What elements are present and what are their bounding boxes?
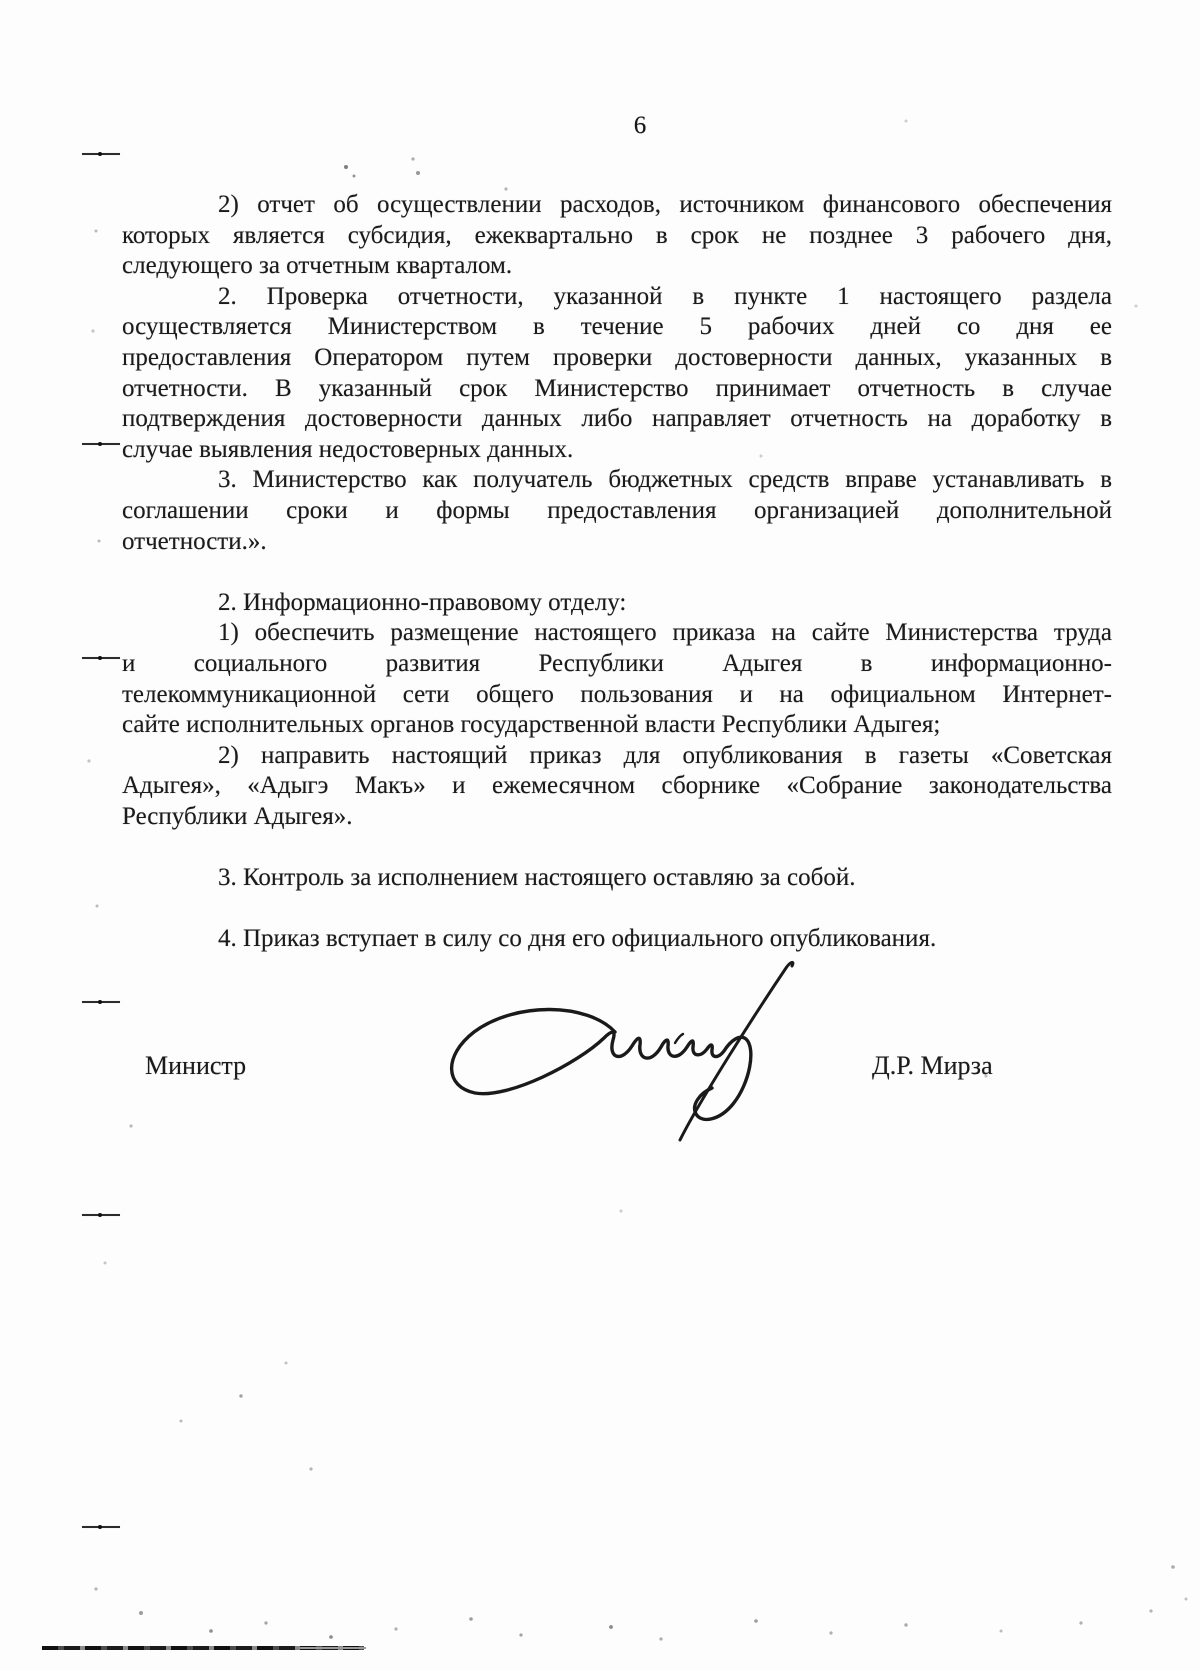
margin-dash bbox=[82, 657, 120, 659]
text-line: осуществляется Министерством в течение 5… bbox=[122, 312, 1112, 343]
text-line: 2) отчет об осуществлении расходов, исто… bbox=[122, 190, 1112, 221]
text-line: 2. Информационно-правовому отделу: bbox=[122, 588, 1112, 619]
handwritten-signature-icon bbox=[428, 935, 808, 1150]
margin-dash bbox=[82, 1001, 120, 1003]
text-line: 3. Контроль за исполнением настоящего ос… bbox=[122, 863, 1112, 894]
paragraph: 1) обеспечить размещение настоящего прик… bbox=[122, 618, 1112, 740]
paragraph: 2. Проверка отчетности, указанной в пунк… bbox=[122, 282, 1112, 466]
scan-noise-speckles bbox=[0, 0, 2, 2]
paragraph: 2) направить настоящий приказ для опубли… bbox=[122, 741, 1112, 833]
text-line: и социального развития Республики Адыгея… bbox=[122, 649, 1112, 680]
text-line: соглашении сроки и формы предоставления … bbox=[122, 496, 1112, 527]
margin-dash bbox=[82, 153, 120, 155]
paragraph-gap bbox=[122, 557, 1112, 588]
text-line: предоставления Оператором путем проверки… bbox=[122, 343, 1112, 374]
text-line: случае выявления недостоверных данных. bbox=[122, 435, 1112, 466]
margin-dash bbox=[82, 443, 120, 445]
text-line: отчетности. В указанный срок Министерств… bbox=[122, 374, 1112, 405]
paragraph: 2) отчет об осуществлении расходов, исто… bbox=[122, 190, 1112, 282]
margin-dash bbox=[82, 1526, 120, 1528]
text-line: 2) направить настоящий приказ для опубли… bbox=[122, 741, 1112, 772]
text-line: Адыгея», «Адыгэ Макъ» и ежемесячном сбор… bbox=[122, 771, 1112, 802]
text-line: подтверждения достоверности данных либо … bbox=[122, 404, 1112, 435]
minister-title-label: Министр bbox=[145, 1051, 246, 1081]
text-line: отчетности.». bbox=[122, 527, 1112, 558]
text-line: следующего за отчетным кварталом. bbox=[122, 251, 1112, 282]
minister-name: Д.Р. Мирза bbox=[872, 1051, 993, 1081]
text-line: Республики Адыгея». bbox=[122, 802, 1112, 833]
paragraph-gap bbox=[122, 832, 1112, 863]
margin-dash bbox=[82, 1214, 120, 1216]
document-body: 2) отчет об осуществлении расходов, исто… bbox=[122, 190, 1112, 955]
page-number: 6 bbox=[620, 112, 660, 140]
text-line: сайте исполнительных органов государстве… bbox=[122, 710, 1112, 741]
text-line: 1) обеспечить размещение настоящего прик… bbox=[122, 618, 1112, 649]
paragraph: 3. Министерство как получатель бюджетных… bbox=[122, 465, 1112, 557]
text-line: 2. Проверка отчетности, указанной в пунк… bbox=[122, 282, 1112, 313]
paragraph: 3. Контроль за исполнением настоящего ос… bbox=[122, 863, 1112, 894]
paragraph-gap bbox=[122, 894, 1112, 925]
bottom-scan-glitch-tail bbox=[300, 1647, 366, 1649]
text-line: которых является субсидия, ежеквартально… bbox=[122, 221, 1112, 252]
paragraph: 2. Информационно-правовому отделу: bbox=[122, 588, 1112, 619]
text-line: 3. Министерство как получатель бюджетных… bbox=[122, 465, 1112, 496]
scanned-document-page: 6 2) отчет об осуществлении расходов, ис… bbox=[0, 0, 1200, 1670]
text-line: телекоммуникационной сети общего пользов… bbox=[122, 680, 1112, 711]
